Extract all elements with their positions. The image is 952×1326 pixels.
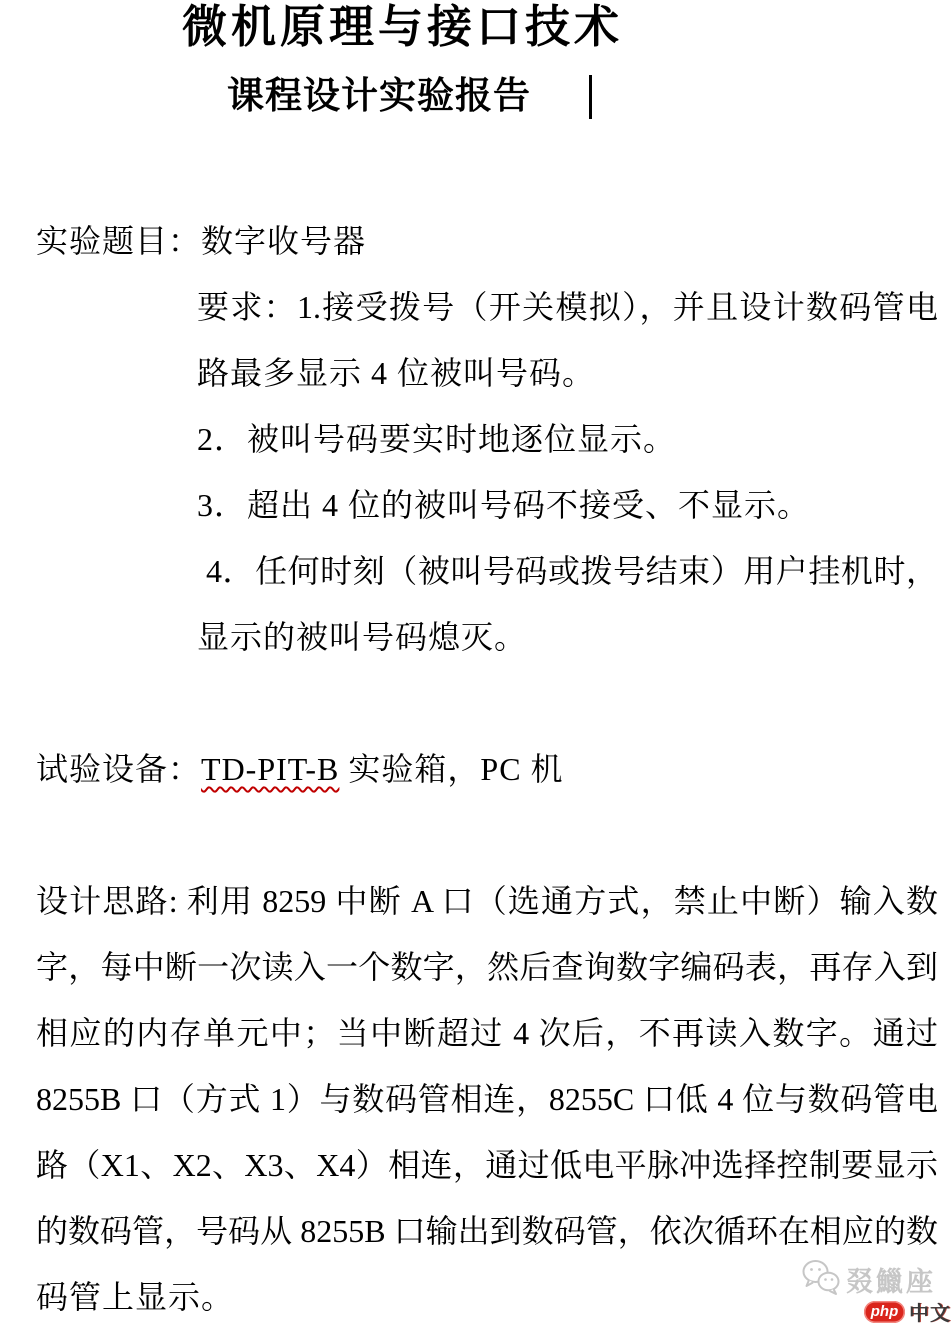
equipment-line: 试验设备：TD-PIT-B 实验箱，PC 机 (36, 736, 938, 802)
document-body: 实验题目：数字收号器 要求：1.接受拨号（开关模拟），并且设计数码管电 路最多显… (36, 208, 938, 1326)
design-line-5: 路（X1、X2、X3、X4）相连，通过低电平脉冲选择控制要显示 (36, 1132, 938, 1198)
site-logo: php 中文网 (864, 1297, 952, 1326)
document-subtitle: 课程设计实验报告 (227, 76, 531, 119)
wechat-icon (801, 1258, 841, 1301)
requirement-line-5: 4．任何时刻（被叫号码或拨号结束）用户挂机时， (197, 538, 938, 604)
requirement-line-4: 3．超出 4 位的被叫号码不接受、不显示。 (197, 472, 938, 538)
wechat-watermark: 叕鱲座 (801, 1258, 936, 1301)
requirement-line-6: 显示的被叫号码熄灭。 (197, 604, 938, 670)
equipment-rest: 实验箱，PC 机 (339, 751, 563, 787)
requirement-line-3: 2．被叫号码要实时地逐位显示。 (197, 406, 938, 472)
document-title: 微机原理与接口技术 (182, 2, 623, 54)
text-cursor-bar (589, 75, 592, 119)
wechat-account-name: 叕鱲座 (846, 1260, 936, 1299)
requirement-line-1: 要求：1.接受拨号（开关模拟），并且设计数码管电 (197, 274, 938, 340)
php-badge-icon: php (864, 1301, 905, 1323)
experiment-topic-line: 实验题目：数字收号器 (36, 208, 938, 274)
design-line-6: 的数码管，号码从 8255B 口输出到数码管，依次循环在相应的数 (36, 1198, 938, 1264)
requirement-line-2: 路最多显示 4 位被叫号码。 (197, 340, 938, 406)
site-logo-text: 中文网 (909, 1297, 952, 1326)
equipment-label: 试验设备： (36, 751, 201, 787)
blank-line (36, 670, 938, 736)
design-line-2: 字，每中断一次读入一个数字，然后查询数字编码表，再存入到 (36, 934, 938, 1000)
subtitle-row: 课程设计实验报告 (227, 72, 592, 122)
design-line-4: 8255B 口（方式 1）与数码管相连，8255C 口低 4 位与数码管电 (36, 1066, 938, 1132)
design-line-1: 设计思路: 利用 8259 中断 A 口（选通方式，禁止中断）输入数 (36, 868, 938, 934)
spellcheck-flagged-text: TD-PIT-B (201, 751, 339, 787)
document-page: 微机原理与接口技术 课程设计实验报告 实验题目：数字收号器 要求：1.接受拨号（… (0, 0, 952, 1326)
blank-line (36, 802, 938, 868)
design-line-3: 相应的内存单元中；当中断超过 4 次后，不再读入数字。通过 (36, 1000, 938, 1066)
requirements-block: 要求：1.接受拨号（开关模拟），并且设计数码管电 路最多显示 4 位被叫号码。 … (197, 274, 938, 670)
